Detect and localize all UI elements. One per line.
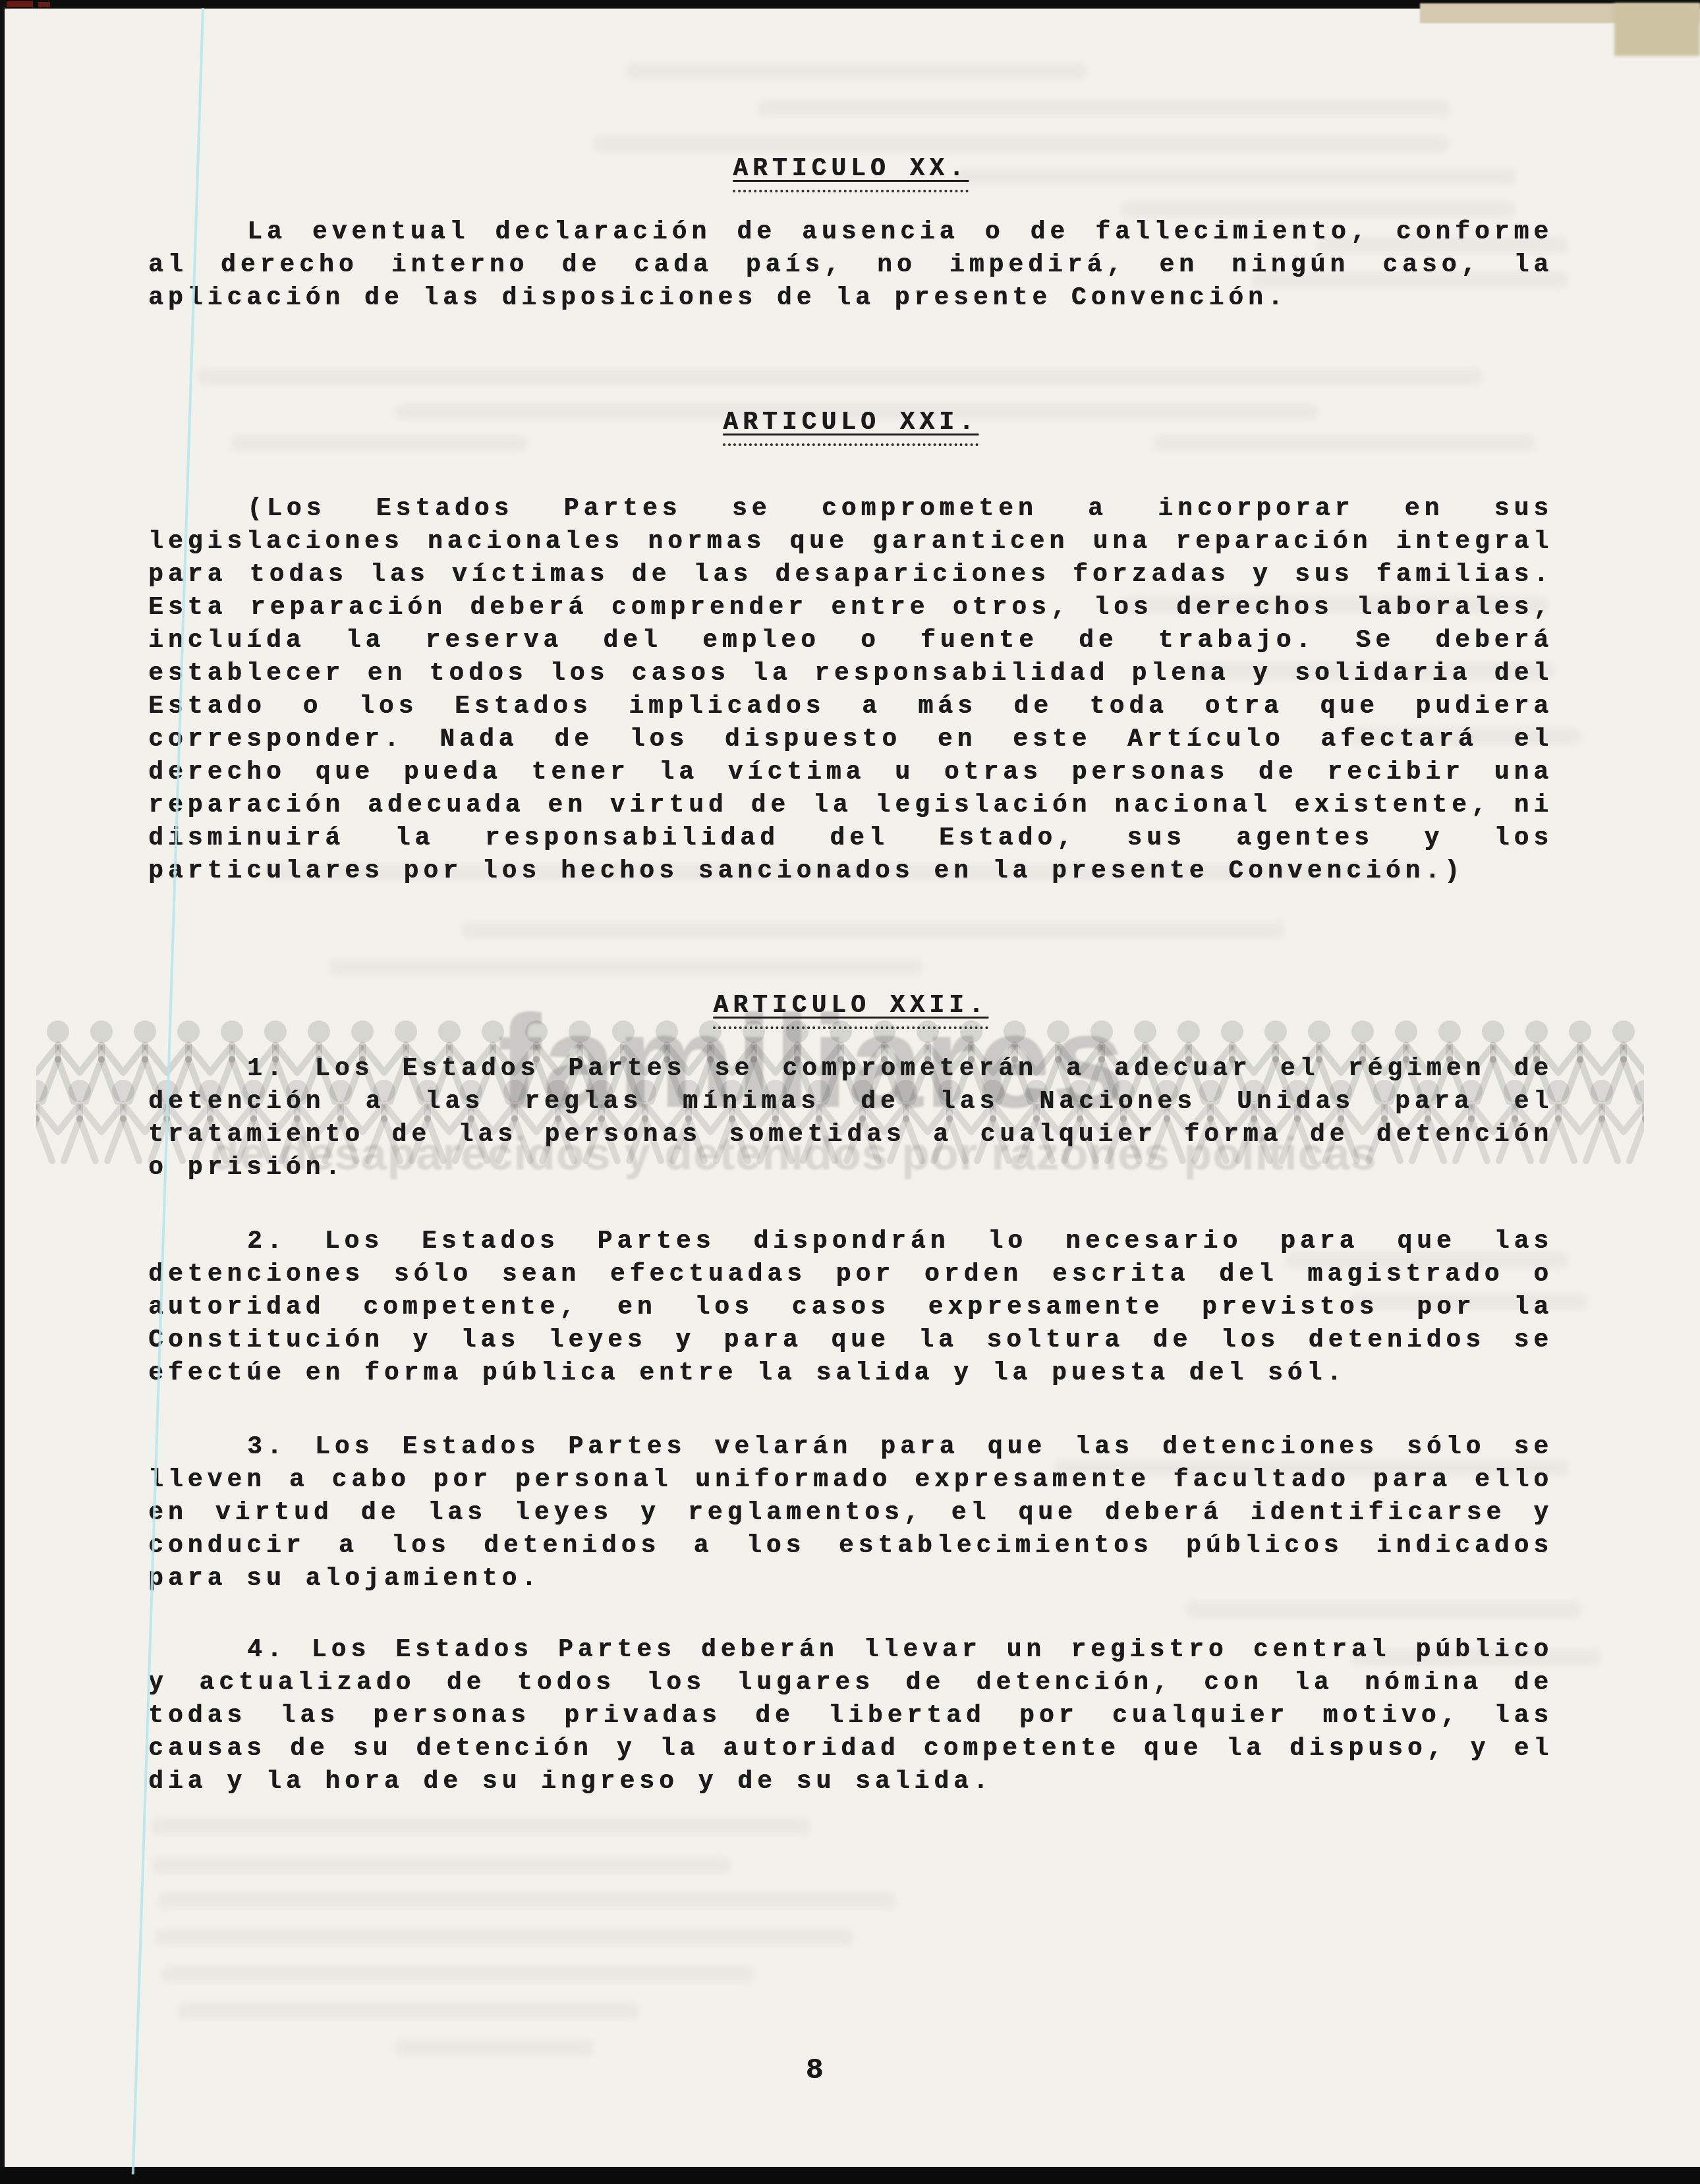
article-heading: ARTICULO XXI. bbox=[148, 408, 1553, 447]
text-line: para todas las víctimas de las desaparic… bbox=[148, 559, 1553, 592]
text-line: detención a las reglas mínimas de las Na… bbox=[148, 1086, 1553, 1119]
scan-left-border bbox=[0, 0, 5, 2184]
text-line: Esta reparación deberá comprender entre … bbox=[148, 592, 1553, 625]
text-line: disminuirá la responsabilidad del Estado… bbox=[148, 822, 1553, 855]
bleed-through-mark bbox=[155, 1929, 853, 1946]
page-number: 8 bbox=[795, 2054, 834, 2087]
article-heading-text: ARTICULO XXII. bbox=[713, 992, 988, 1029]
bleed-through-mark bbox=[178, 2003, 639, 2020]
text-line: para su alojamiento. bbox=[148, 1563, 1553, 1596]
text-line: derecho que pueda tener la víctima u otr… bbox=[148, 756, 1553, 789]
paragraph: 3. Los Estados Partes velarán para que l… bbox=[148, 1431, 1553, 1596]
article-heading-text: ARTICULO XX. bbox=[733, 155, 969, 192]
text-line: dia y la hora de su ingreso y de su sali… bbox=[148, 1766, 1553, 1799]
text-line: 2. Los Estados Partes dispondrán lo nece… bbox=[148, 1225, 1553, 1258]
text-line: (Los Estados Partes se comprometen a inc… bbox=[148, 493, 1553, 526]
text-line: o prisión. bbox=[148, 1152, 1553, 1185]
article-heading: ARTICULO XXII. bbox=[148, 992, 1553, 1030]
text-line: Estado o los Estados implicados a más de… bbox=[148, 690, 1553, 723]
scan-corner-backing bbox=[1614, 3, 1700, 56]
text-line: incluída la reserva del empleo o fuente … bbox=[148, 625, 1553, 658]
text-line: Constitución y las leyes y para que la s… bbox=[148, 1324, 1553, 1357]
text-line: y actualizado de todos los lugares de de… bbox=[148, 1667, 1553, 1700]
text-line: establecer en todos los casos la respons… bbox=[148, 658, 1553, 690]
text-line: 3. Los Estados Partes velarán para que l… bbox=[148, 1431, 1553, 1464]
bleed-through-mark bbox=[152, 1818, 810, 1835]
article-heading-text: ARTICULO XXI. bbox=[723, 408, 978, 446]
text-line: lleven a cabo por personal uniformado ex… bbox=[148, 1464, 1553, 1497]
text-line: 1. Los Estados Partes se comprometerán a… bbox=[148, 1053, 1553, 1086]
text-line: legislaciones nacionales normas que gara… bbox=[148, 526, 1553, 559]
text-line: La eventual declaración de ausencia o de… bbox=[148, 216, 1553, 249]
document-text-column: ARTICULO XX.La eventual declaración de a… bbox=[148, 0, 1553, 1799]
bleed-through-mark bbox=[152, 1857, 731, 1874]
text-line: autoridad competente, en los casos expre… bbox=[148, 1291, 1553, 1324]
text-line: causas de su detención y la autoridad co… bbox=[148, 1733, 1553, 1766]
text-line: particulares por los hechos sancionados … bbox=[148, 855, 1553, 888]
text-line: tratamiento de las personas sometidas a … bbox=[148, 1119, 1553, 1152]
bleed-through-mark bbox=[395, 2039, 593, 2056]
scan-red-mark bbox=[7, 1, 33, 7]
bleed-through-mark bbox=[158, 1892, 896, 1909]
paragraph: 1. Los Estados Partes se comprometerán a… bbox=[148, 1053, 1553, 1185]
text-line: reparación adecuada en virtud de la legi… bbox=[148, 789, 1553, 822]
article-heading: ARTICULO XX. bbox=[148, 155, 1553, 193]
text-line: todas las personas privadas de libertad … bbox=[148, 1700, 1553, 1733]
text-line: corresponder. Nada de los dispuesto en e… bbox=[148, 723, 1553, 756]
text-line: 4. Los Estados Partes deberán llevar un … bbox=[148, 1634, 1553, 1667]
text-line: aplicación de las disposiciones de la pr… bbox=[148, 282, 1553, 315]
text-line: al derecho interno de cada país, no impe… bbox=[148, 249, 1553, 282]
text-line: conducir a los detenidos a los estableci… bbox=[148, 1530, 1553, 1563]
text-line: en virtud de las leyes y reglamentos, el… bbox=[148, 1497, 1553, 1530]
scan-bottom-border bbox=[0, 2167, 1700, 2184]
paragraph: 2. Los Estados Partes dispondrán lo nece… bbox=[148, 1225, 1553, 1390]
text-line: efectúe en forma pública entre la salida… bbox=[148, 1357, 1553, 1390]
scanned-document-page: familiares de desaparecidos y detenidos … bbox=[0, 0, 1700, 2184]
text-line: detenciones sólo sean efectuadas por ord… bbox=[148, 1258, 1553, 1291]
paragraph: 4. Los Estados Partes deberán llevar un … bbox=[148, 1634, 1553, 1799]
paragraph: (Los Estados Partes se comprometen a inc… bbox=[148, 493, 1553, 888]
scan-red-mark bbox=[38, 2, 50, 7]
bleed-through-mark bbox=[161, 1966, 754, 1983]
paragraph: La eventual declaración de ausencia o de… bbox=[148, 216, 1553, 315]
